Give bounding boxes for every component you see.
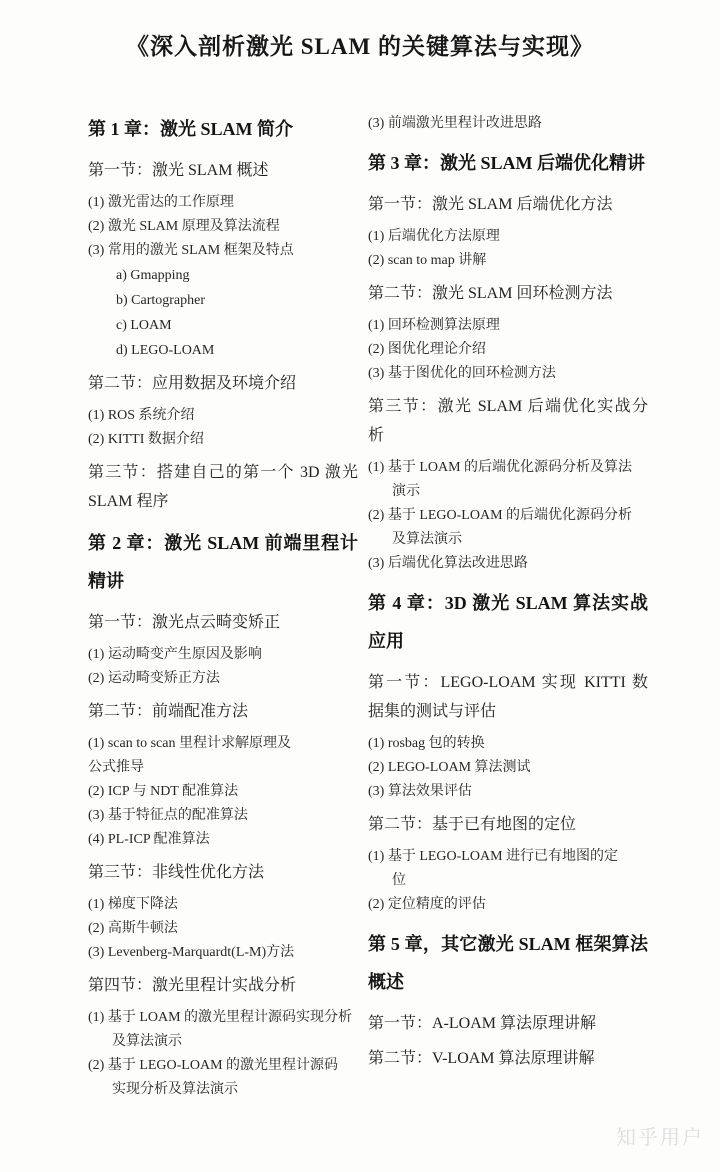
toc-entry-line: (2) 激光 SLAM 原理及算法流程 — [88, 215, 358, 239]
section-heading: 第一节：A-LOAM 算法原理讲解 — [368, 1009, 648, 1038]
toc-item: (1) 运动畸变产生原因及影响 — [88, 643, 358, 667]
chapter-heading: 第 1 章：激光 SLAM 简介 — [88, 110, 358, 148]
document-title: 《深入剖析激光 SLAM 的关键算法与实现》 — [0, 28, 720, 61]
toc-entry-line: (2) KITTI 数据介绍 — [88, 428, 358, 452]
section-heading: 第三节：非线性优化方法 — [88, 858, 358, 887]
toc-item: (2) 基于 LEGO-LOAM 的后端优化源码分析及算法演示 — [368, 504, 648, 552]
toc-entry-line: 应用 — [368, 622, 648, 660]
toc-subitem: d) LEGO-LOAM — [88, 338, 358, 363]
toc-entry-line: 演示 — [368, 480, 648, 504]
toc-item: (2) 图优化理论介绍 — [368, 338, 648, 362]
toc-column-right: (3) 前端激光里程计改进思路第 3 章：激光 SLAM 后端优化精讲第一节：激… — [368, 102, 648, 1079]
section-heading: 第一节：激光 SLAM 后端优化方法 — [368, 190, 648, 219]
toc-entry-line: (2) scan to map 讲解 — [368, 249, 648, 273]
toc-item: (3) 前端激光里程计改进思路 — [368, 112, 648, 136]
section-heading: 第一节：激光 SLAM 概述 — [88, 156, 358, 185]
toc-entry-line: (3) Levenberg-Marquardt(L-M)方法 — [88, 941, 358, 965]
toc-entry-line: 实现分析及算法演示 — [88, 1078, 358, 1102]
toc-entry-line: 及算法演示 — [88, 1030, 358, 1054]
toc-entry-line: 第 1 章：激光 SLAM 简介 — [88, 110, 358, 148]
section-heading: 第三节：搭建自己的第一个 3D 激光SLAM 程序 — [88, 458, 358, 516]
toc-item: (4) PL-ICP 配准算法 — [88, 828, 358, 852]
section-heading: 第二节：基于已有地图的定位 — [368, 810, 648, 839]
section-heading: 第一节：激光点云畸变矫正 — [88, 608, 358, 637]
toc-entry-line: (2) 基于 LEGO-LOAM 的后端优化源码分析 — [368, 504, 648, 528]
chapter-heading: 第 4 章：3D 激光 SLAM 算法实战应用 — [368, 584, 648, 660]
toc-entry-line: (2) 图优化理论介绍 — [368, 338, 648, 362]
section-heading: 第二节：V-LOAM 算法原理讲解 — [368, 1044, 648, 1073]
toc-entry-line: 第一节：激光 SLAM 概述 — [88, 156, 358, 185]
toc-entry-line: 第一节：A-LOAM 算法原理讲解 — [368, 1009, 648, 1038]
toc-entry-line: SLAM 程序 — [88, 487, 358, 516]
toc-item: (3) 基于特征点的配准算法 — [88, 804, 358, 828]
toc-item: (1) 后端优化方法原理 — [368, 225, 648, 249]
toc-item: (1) 基于 LOAM 的后端优化源码分析及算法演示 — [368, 456, 648, 504]
toc-entry-line: a) Gmapping — [116, 263, 358, 288]
toc-entry-line: 第三节：搭建自己的第一个 3D 激光 — [88, 458, 358, 487]
toc-entry-line: (2) LEGO-LOAM 算法测试 — [368, 756, 648, 780]
toc-item: (1) 基于 LEGO-LOAM 进行已有地图的定位 — [368, 845, 648, 893]
watermark-username: 知乎用户 — [616, 1121, 704, 1150]
section-heading: 第一节：LEGO-LOAM 实现 KITTI 数据集的测试与评估 — [368, 668, 648, 726]
toc-entry-line: 第二节：V-LOAM 算法原理讲解 — [368, 1044, 648, 1073]
toc-entry-line: (1) 后端优化方法原理 — [368, 225, 648, 249]
toc-entry-line: c) LOAM — [116, 313, 358, 338]
section-heading: 第二节：应用数据及环境介绍 — [88, 369, 358, 398]
toc-entry-line: 精讲 — [88, 562, 358, 600]
toc-item: (2) 基于 LEGO-LOAM 的激光里程计源码实现分析及算法演示 — [88, 1054, 358, 1102]
toc-column-left: 第 1 章：激光 SLAM 简介第一节：激光 SLAM 概述(1) 激光雷达的工… — [88, 102, 358, 1102]
toc-item: (1) scan to scan 里程计求解原理及公式推导 — [88, 732, 358, 780]
toc-entry-line: (1) 回环检测算法原理 — [368, 314, 648, 338]
toc-entry-line: (1) 激光雷达的工作原理 — [88, 191, 358, 215]
toc-item: (1) ROS 系统介绍 — [88, 404, 358, 428]
toc-entry-line: (1) ROS 系统介绍 — [88, 404, 358, 428]
toc-entry-line: (1) 基于 LEGO-LOAM 进行已有地图的定 — [368, 845, 648, 869]
toc-item: (1) rosbag 包的转换 — [368, 732, 648, 756]
toc-item: (2) KITTI 数据介绍 — [88, 428, 358, 452]
toc-entry-line: 据集的测试与评估 — [368, 697, 648, 726]
toc-item: (3) 算法效果评估 — [368, 780, 648, 804]
toc-item: (2) scan to map 讲解 — [368, 249, 648, 273]
chapter-heading: 第 5 章，其它激光 SLAM 框架算法概述 — [368, 925, 648, 1001]
toc-entry-line: (2) ICP 与 NDT 配准算法 — [88, 780, 358, 804]
toc-entry-line: (1) 梯度下降法 — [88, 893, 358, 917]
toc-entry-line: 概述 — [368, 963, 648, 1001]
toc-entry-line: 位 — [368, 869, 648, 893]
section-heading: 第四节：激光里程计实战分析 — [88, 971, 358, 1000]
toc-entry-line: 第一节：激光 SLAM 后端优化方法 — [368, 190, 648, 219]
toc-item: (2) 定位精度的评估 — [368, 893, 648, 917]
toc-item: (3) 基于图优化的回环检测方法 — [368, 362, 648, 386]
toc-entry-line: 第二节：基于已有地图的定位 — [368, 810, 648, 839]
toc-entry-line: (3) 前端激光里程计改进思路 — [368, 112, 648, 136]
toc-entry-line: 第四节：激光里程计实战分析 — [88, 971, 358, 1000]
toc-entry-line: 第 4 章：3D 激光 SLAM 算法实战 — [368, 584, 648, 622]
toc-entry-line: 第 3 章：激光 SLAM 后端优化精讲 — [368, 144, 648, 182]
toc-entry-line: (1) rosbag 包的转换 — [368, 732, 648, 756]
toc-item: (1) 梯度下降法 — [88, 893, 358, 917]
toc-item: (1) 激光雷达的工作原理 — [88, 191, 358, 215]
chapter-heading: 第 2 章：激光 SLAM 前端里程计精讲 — [88, 524, 358, 600]
toc-subitem: a) Gmapping — [88, 263, 358, 288]
toc-entry-line: (1) 基于 LOAM 的激光里程计源码实现分析 — [88, 1006, 358, 1030]
toc-entry-line: (2) 高斯牛顿法 — [88, 917, 358, 941]
toc-entry-line: 第二节：应用数据及环境介绍 — [88, 369, 358, 398]
toc-entry-line: 第 2 章：激光 SLAM 前端里程计 — [88, 524, 358, 562]
toc-entry-line: (1) 基于 LOAM 的后端优化源码分析及算法 — [368, 456, 648, 480]
toc-entry-line: (3) 后端优化算法改进思路 — [368, 552, 648, 576]
toc-entry-line: 第一节：激光点云畸变矫正 — [88, 608, 358, 637]
toc-entry-line: 第三节：激光 SLAM 后端优化实战分 — [368, 392, 648, 421]
toc-entry-line: 及算法演示 — [368, 528, 648, 552]
toc-item: (2) 高斯牛顿法 — [88, 917, 358, 941]
toc-entry-line: (3) 算法效果评估 — [368, 780, 648, 804]
toc-entry-line: (1) scan to scan 里程计求解原理及 — [88, 732, 358, 756]
section-heading: 第二节：前端配准方法 — [88, 697, 358, 726]
chapter-heading: 第 3 章：激光 SLAM 后端优化精讲 — [368, 144, 648, 182]
toc-entry-line: (3) 基于特征点的配准算法 — [88, 804, 358, 828]
toc-item: (2) ICP 与 NDT 配准算法 — [88, 780, 358, 804]
toc-entry-line: (3) 常用的激光 SLAM 框架及特点 — [88, 239, 358, 263]
toc-entry-line: (4) PL-ICP 配准算法 — [88, 828, 358, 852]
document-page: 《深入剖析激光 SLAM 的关键算法与实现》 第 1 章：激光 SLAM 简介第… — [0, 0, 720, 1172]
section-heading: 第三节：激光 SLAM 后端优化实战分析 — [368, 392, 648, 450]
toc-item: (3) 后端优化算法改进思路 — [368, 552, 648, 576]
toc-entry-line: 第一节：LEGO-LOAM 实现 KITTI 数 — [368, 668, 648, 697]
toc-entry-line: (2) 定位精度的评估 — [368, 893, 648, 917]
toc-entry-line: (3) 基于图优化的回环检测方法 — [368, 362, 648, 386]
toc-entry-line: (2) 基于 LEGO-LOAM 的激光里程计源码 — [88, 1054, 358, 1078]
toc-item: (3) Levenberg-Marquardt(L-M)方法 — [88, 941, 358, 965]
toc-entry-line: 第二节：前端配准方法 — [88, 697, 358, 726]
toc-entry-line: d) LEGO-LOAM — [116, 338, 358, 363]
toc-entry-line: (2) 运动畸变矫正方法 — [88, 667, 358, 691]
toc-item: (2) 激光 SLAM 原理及算法流程 — [88, 215, 358, 239]
toc-item: (3) 常用的激光 SLAM 框架及特点 — [88, 239, 358, 263]
toc-entry-line: (1) 运动畸变产生原因及影响 — [88, 643, 358, 667]
toc-entry-line: 公式推导 — [88, 756, 358, 780]
toc-entry-line: 第 5 章，其它激光 SLAM 框架算法 — [368, 925, 648, 963]
toc-item: (2) LEGO-LOAM 算法测试 — [368, 756, 648, 780]
section-heading: 第二节：激光 SLAM 回环检测方法 — [368, 279, 648, 308]
toc-item: (1) 基于 LOAM 的激光里程计源码实现分析及算法演示 — [88, 1006, 358, 1054]
toc-subitem: b) Cartographer — [88, 288, 358, 313]
toc-entry-line: 第三节：非线性优化方法 — [88, 858, 358, 887]
toc-entry-line: 析 — [368, 421, 648, 450]
toc-entry-line: 第二节：激光 SLAM 回环检测方法 — [368, 279, 648, 308]
toc-item: (1) 回环检测算法原理 — [368, 314, 648, 338]
toc-subitem: c) LOAM — [88, 313, 358, 338]
toc-entry-line: b) Cartographer — [116, 288, 358, 313]
toc-item: (2) 运动畸变矫正方法 — [88, 667, 358, 691]
